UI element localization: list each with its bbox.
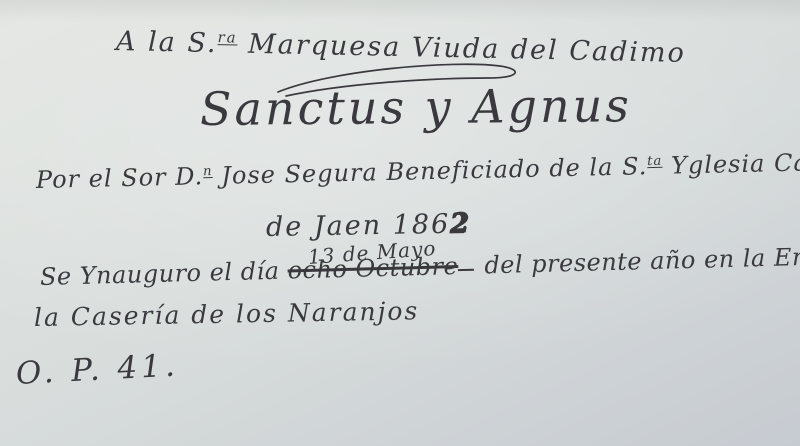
author-line: Por el Sor D.n Jose Segura Beneficiado d… bbox=[36, 147, 800, 194]
dedication-text-start: A la S. bbox=[116, 26, 218, 59]
catalog-number: O. P. 41. bbox=[15, 347, 180, 391]
dedication-superscript: ra bbox=[217, 28, 237, 46]
title: Sanctus y Agnus bbox=[200, 78, 632, 136]
author-superscript-2: ta bbox=[647, 154, 663, 169]
author-superscript-1: n bbox=[203, 164, 213, 179]
place-date-line: de Jaen 1862 bbox=[266, 208, 472, 243]
author-text-2: Jose Segura Beneficiado de la S. bbox=[212, 152, 647, 190]
author-text-3: Yglesia Catedral bbox=[662, 147, 800, 180]
inauguration-prefix: Se Ynauguro el día bbox=[40, 257, 288, 291]
crossed-out-date: ocho Octubre bbox=[287, 252, 476, 285]
overwritten-digit: 2 bbox=[450, 208, 471, 239]
inauguration-line-2: la Casería de los Naranjos bbox=[34, 296, 420, 332]
author-text-1: Por el Sor D. bbox=[36, 162, 204, 194]
manuscript-photo: A la S.ra Marquesa Viuda del Cadimo Sanc… bbox=[0, 0, 800, 446]
inauguration-suffix: del presente año en la Ermita de bbox=[476, 241, 800, 280]
